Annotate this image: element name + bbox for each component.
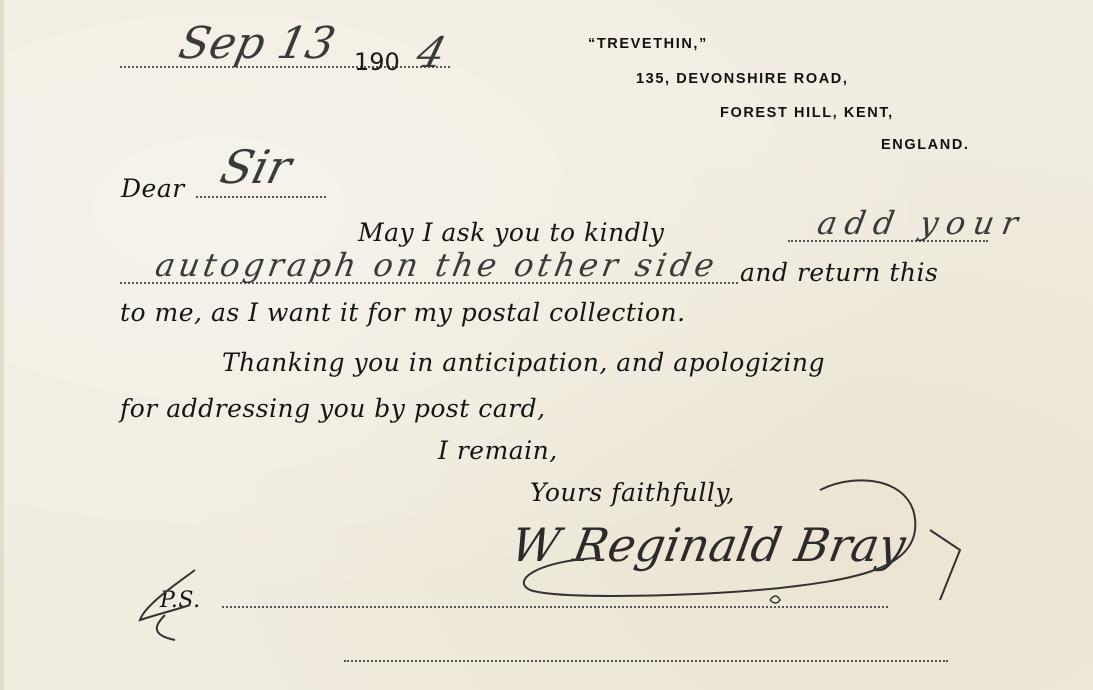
closing-remain: I remain, <box>438 436 558 465</box>
postscript-dotted-line-2 <box>344 660 948 662</box>
date-year-digit: 4 <box>411 28 451 77</box>
body-line5: for addressing you by post card, <box>120 394 546 423</box>
body-line2-printed: and return this <box>740 258 938 287</box>
body-line1-handwritten: add your <box>815 204 1029 242</box>
salutation-printed: Dear <box>121 174 185 203</box>
body-line3: to me, as I want it for my postal collec… <box>120 298 686 327</box>
salutation-dotted-line <box>196 196 326 198</box>
body-line2-handwritten: autograph on the other side <box>153 246 721 284</box>
body-line4: Thanking you in anticipation, and apolog… <box>222 348 825 377</box>
card-edge <box>0 0 4 690</box>
postscript-pen-mark <box>135 565 215 645</box>
salutation-handwritten: Sir <box>215 140 297 194</box>
address-house-name: “TREVETHIN,” <box>588 36 708 52</box>
postcard: Sep 13 190 4 “TREVETHIN,” 135, DEVONSHIR… <box>0 0 1093 690</box>
body-line1: May I ask you to kindly <box>358 218 664 247</box>
postscript-dotted-line-1 <box>222 606 888 608</box>
address-town: FOREST HILL, KENT, <box>720 105 894 121</box>
address-street: 135, DEVONSHIRE ROAD, <box>636 71 848 87</box>
signature-flourish <box>520 470 970 620</box>
date-printed-year: 190 <box>354 48 400 76</box>
date-handwritten: Sep 13 <box>175 18 340 69</box>
address-country: ENGLAND. <box>881 137 970 153</box>
